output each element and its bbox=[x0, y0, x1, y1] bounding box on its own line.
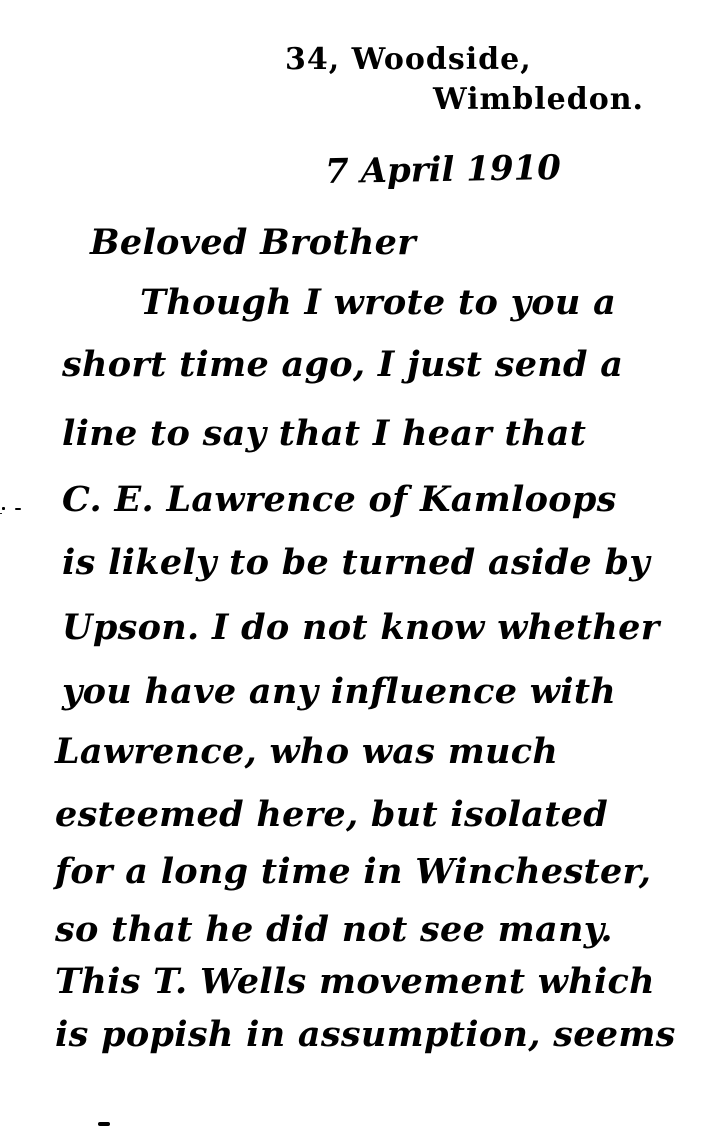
body-line: Upson. I do not know whether bbox=[62, 608, 660, 648]
salutation: Beloved Brother bbox=[90, 223, 416, 263]
body-line: This T. Wells movement which bbox=[55, 962, 655, 1002]
body-line: for a long time in Winchester, bbox=[55, 852, 651, 892]
letter-date: 7 April 1910 bbox=[325, 148, 562, 192]
address-town: Wimbledon. bbox=[433, 82, 644, 117]
body-line: is popish in assumption, seems bbox=[55, 1015, 676, 1055]
body-line: Lawrence, who was much bbox=[55, 732, 558, 772]
letter-page: 34, Woodside, Wimbledon. 7 April 1910 Be… bbox=[0, 0, 726, 1130]
body-line: so that he did not see many. bbox=[55, 910, 613, 950]
body-line: esteemed here, but isolated bbox=[55, 795, 608, 835]
body-line: short time ago, I just send a bbox=[62, 345, 623, 385]
body-line: C. E. Lawrence of Kamloops bbox=[62, 480, 617, 520]
body-line: is likely to be turned aside by bbox=[62, 543, 650, 583]
body-line: Though I wrote to you a bbox=[140, 283, 616, 323]
body-line: line to say that I hear that bbox=[62, 414, 586, 454]
address-street: 34, Woodside, bbox=[285, 42, 532, 77]
scan-specks bbox=[0, 505, 30, 515]
body-line: you have any influence with bbox=[62, 672, 616, 712]
scan-mark bbox=[98, 1122, 110, 1126]
